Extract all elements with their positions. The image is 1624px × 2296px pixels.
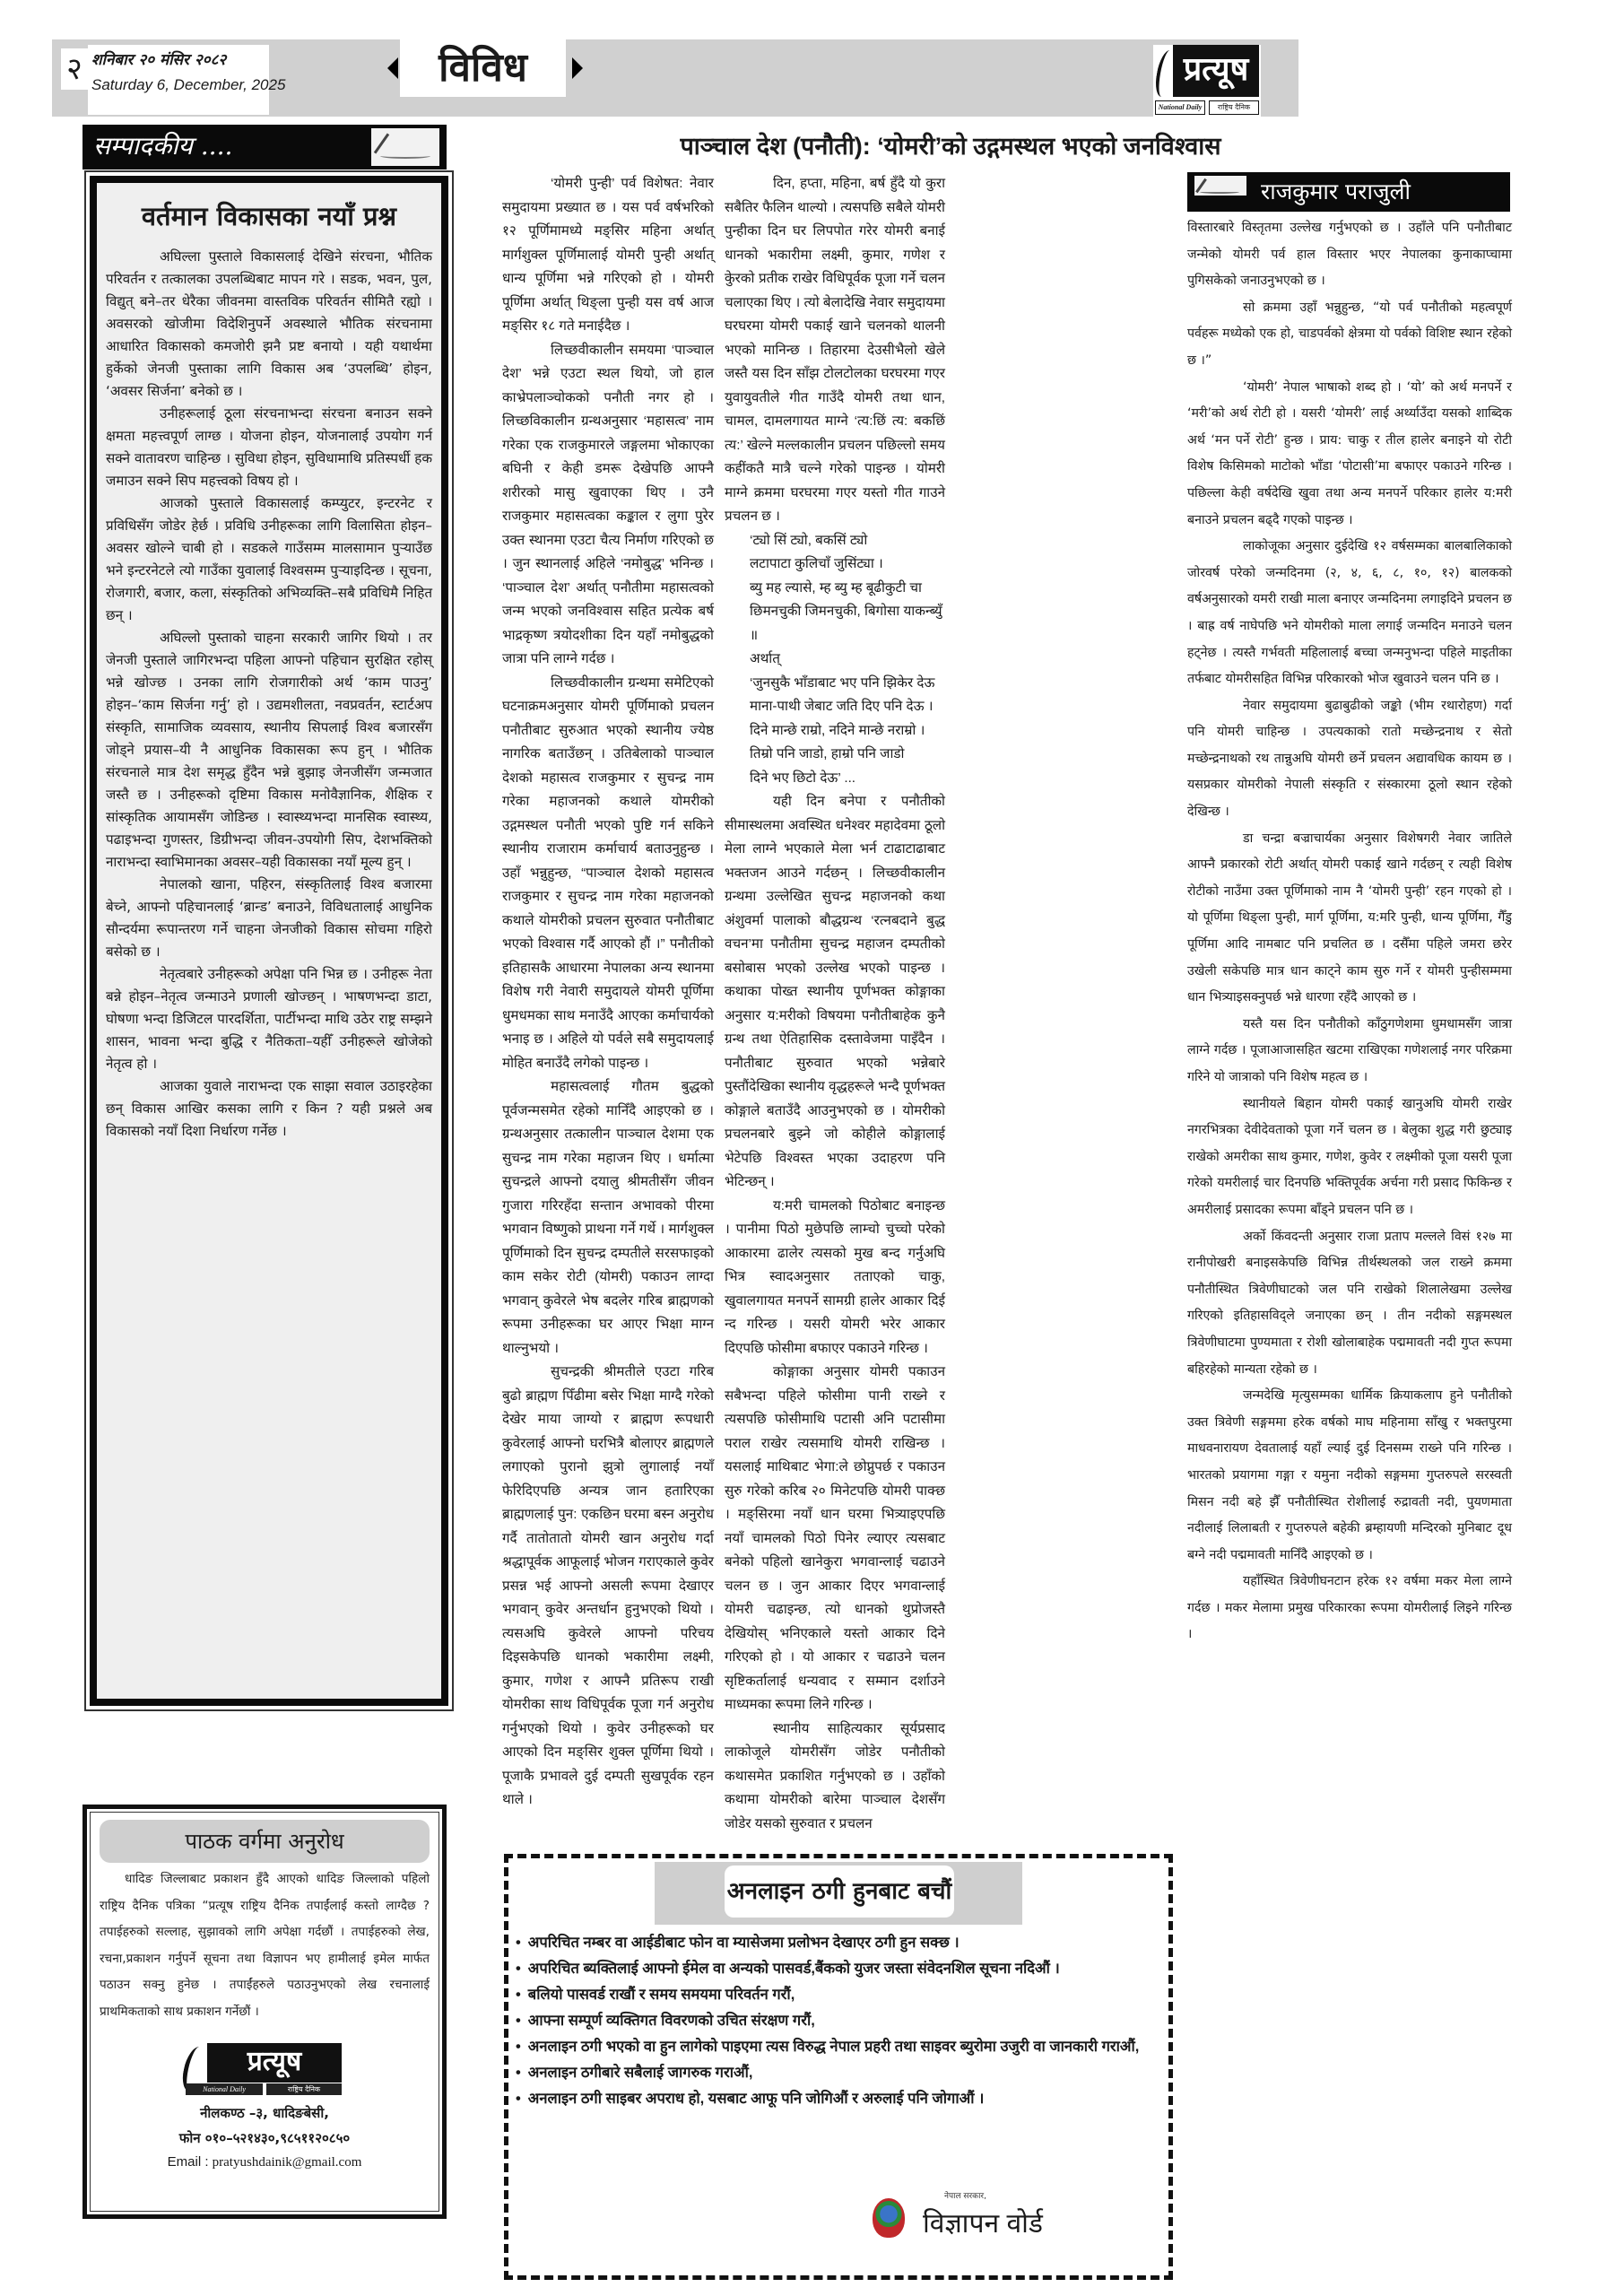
editorial-paragraph: अघिल्ला पुस्ताले विकासलाई देखिने संरचना,… [106,246,432,403]
article-paragraph: महासत्वलाई गौतम बुद्धको पूर्वजन्मसमेत रह… [502,1075,714,1361]
article-paragraph: यहाँस्थित त्रिवेणीघनटान हरेक १२ वर्षमा म… [1187,1569,1512,1648]
article-paragraph: लिच्छवीकालीन समयमा ‘पाञ्चाल देश’ भन्ने ए… [502,339,714,672]
article-column-3: विस्तारबारे विस्तृतमा उल्लेख गर्नुभएको छ… [1187,215,1512,1648]
editorial-paragraph: उनीहरूलाई ठूला संरचनाभन्दा संरचना बनाउन … [106,403,432,492]
song-verse-line: ब्यु मह ल्यासे, म्ह ब्यु म्ह बूढीकुटी चा [725,577,945,601]
bullet-icon: • [516,1935,521,1951]
bullet-icon: • [516,1987,521,2003]
date-nepali: शनिबार २० मंसिर २०८२ [91,50,265,70]
article-paragraph: नेवार समुदायमा बुढाबुढीको जङ्को (भीम रथा… [1187,693,1512,826]
article-paragraph: अर्को किंवदन्ती अनुसार राजा प्रताप मल्लल… [1187,1224,1512,1384]
pen-icon [1194,176,1246,196]
song-verse-line: छिमनचुकी जिमनचुकी, बिगोसा याकन्ब्युँ ॥ [725,600,945,648]
editorial-title: वर्तमान विकासका नयाँ प्रश्न [106,196,432,237]
editorial-paragraph: अघिल्लो पुस्ताको चाहना सरकारी जागिर थियो… [106,627,432,874]
editorial-label: सम्पादकीय .... [93,128,232,164]
brand-wordmark: प्रत्यूष [1173,45,1259,97]
article-paragraph: ‘योमरी पुन्ही’ पर्व विशेषत: नेवार समुदाय… [502,172,714,339]
song-verse-line: दिने मान्छे राम्रो, नदिने मान्छे नराम्रो… [725,719,945,744]
editorial-paragraph: आजको पुस्ताले विकासलाई कम्प्युटर, इन्टरन… [106,492,432,627]
reader-request-title: पाठक वर्गमा अनुरोध [100,1820,430,1863]
section-title: विविध [400,39,566,97]
editorial-header: सम्पादकीय .... [83,125,447,170]
brand-tagline-np: राष्ट्रिय दैनिक [1209,100,1259,115]
bullet-icon: • [516,2091,521,2107]
brand-tagline-np: राष्ट्रिय दैनिक [266,2083,342,2095]
office-address: नीलकण्ठ –३, धादिङबेसी, [100,2100,430,2126]
article-paragraph: स्थानीय साहित्यकार सूर्यप्रसाद लाकोजूले … [725,1718,945,1837]
bullet-icon: • [516,1961,521,1977]
page-number: २ [61,48,88,90]
list-item: •अनलाइन ठगी साइबर अपराध हो, यसबाट आफू पन… [516,2086,1161,2112]
editorial-paragraph: नेपालको खाना, पहिरन, संस्कृतिलाई विश्व ब… [106,874,432,963]
article-paragraph: सो क्रममा उहाँ भन्नुहुन्छ, “यो पर्व पनौत… [1187,295,1512,375]
triangle-left-icon [387,57,398,79]
ad-tips-list: •अपरिचित नम्बर वा आईडीबाट फोन वा म्यासेज… [516,1930,1161,2112]
office-phone: फोन ०१०–५२१४३०,९८५११२०८५० [100,2126,430,2151]
reader-request-body: धादिङ जिल्लाबाट प्रकाशन हुँदै आएको धादिङ… [100,1866,430,2025]
article-paragraph: कोङ्गाका अनुसार योमरी पकाउन सबैभन्दा पहि… [725,1361,945,1718]
list-item: •बलियो पासवर्ड राखौं र समय समयमा परिवर्त… [516,1982,1161,2008]
article-paragraph: यही दिन बनेपा र पनौतीको सीमास्थलमा अवस्थ… [725,790,945,1195]
article-headline: पाञ्चाल देश (पनौती): ‘योमरी’को उद्गमस्थल… [502,126,1399,167]
brand-tagline-en: National Daily [186,2083,263,2095]
editorial-paragraph: आजका युवाले नाराभन्दा एक साझा सवाल उठाइर… [106,1075,432,1143]
song-verse-line: ‘जुनसुकै भाँडाबाट भए पनि झिकेर देऊ [725,672,945,696]
brand-logo: प्रत्यूष National Daily राष्ट्रिय दैनिक [1153,45,1261,117]
editorial-paragraph: नेतृत्वबारे उनीहरूको अपेक्षा पनि भिन्न छ… [106,963,432,1075]
editorial-box: वर्तमान विकासका नयाँ प्रश्न अघिल्ला पुस्… [84,170,454,1711]
ad-sponsor: नेपाल सरकार, विज्ञापन वोर्ड [873,2189,1106,2254]
article-paragraph: यस्तै यस दिन पनौतीको काँठुगणेशमा धुमधामस… [1187,1012,1512,1091]
bullet-icon: • [516,2039,521,2055]
article-paragraph: डा चन्द्रा बज्राचार्यका अनुसार विशेषगरी … [1187,826,1512,1012]
pen-icon [371,128,439,166]
brand-tagline-en: National Daily [1155,100,1205,115]
ad-header: अनलाइन ठगी हुनबाट बचौं [655,1862,1022,1925]
public-notice-ad: अनलाइन ठगी हुनबाट बचौं •अपरिचित नम्बर वा… [504,1854,1173,2280]
page-masthead: २ शनिबार २० मंसिर २०८२ Saturday 6, Decem… [52,39,1298,117]
list-item: •अनलाइन ठगीबारे सबैलाई जागरुक गराऔं, [516,2060,1161,2086]
song-verse-line: दिने भए छिटो देऊ’ ... [725,767,945,791]
reader-request-box: पाठक वर्गमा अनुरोध धादिङ जिल्लाबाट प्रका… [83,1805,447,2219]
article-paragraph: विस्तारबारे विस्तृतमा उल्लेख गर्नुभएको छ… [1187,215,1512,295]
article-paragraph: लाकोजूका अनुसार दुईदेखि १२ वर्षसम्मका बा… [1187,534,1512,693]
sponsor-name: विज्ञापन वोर्ड [923,2204,1043,2240]
list-item: •अनलाइन ठगी भएको वा हुन लागेको पाइएमा त्… [516,2034,1161,2060]
article-column-1: ‘योमरी पुन्ही’ पर्व विशेषत: नेवार समुदाय… [502,172,714,1813]
article-paragraph: य:मरी चामलको पिठोबाट बनाइन्छ । पानीमा पि… [725,1195,945,1361]
article-paragraph: स्थानीयले बिहान योमरी पकाई खानुअघि योमरी… [1187,1091,1512,1224]
issue-date: शनिबार २० मंसिर २०८२ Saturday 6, Decembe… [88,45,269,115]
song-verse-line: अर्थात् [725,648,945,672]
triangle-right-icon [572,57,583,79]
list-item: •अपरिचित ब्यक्तिलाई आफ्नो ईमेल वा अन्यको… [516,1956,1161,1982]
article-column-2: दिन, हप्ता, महिना, बर्ष हुँदै यो कुरा सब… [725,172,945,1836]
email-link[interactable]: pratyushdainik@gmail.com [213,2155,362,2170]
article-paragraph: जन्मदेखि मृत्युसम्मका धार्मिक क्रियाकलाप… [1187,1383,1512,1569]
bullet-icon: • [516,2013,521,2029]
date-english: Saturday 6, December, 2025 [91,75,265,95]
article-paragraph: सुचन्द्रकी श्रीमतीले एउटा गरिब बुढो ब्रा… [502,1361,714,1813]
article-paragraph: ‘योमरी’ नेपाल भाषाको शब्द हो । ‘यो’ को अ… [1187,375,1512,535]
article-paragraph: दिन, हप्ता, महिना, बर्ष हुँदै यो कुरा सब… [725,172,945,529]
brand-wordmark: प्रत्यूष [207,2043,342,2083]
article-paragraph: लिच्छवीकालीन ग्रन्थमा समेटिएको घटनाक्रमअ… [502,672,714,1076]
author-name: राजकुमार पराजुली [1261,172,1411,212]
sponsor-government: नेपाल सरकार, [944,2189,986,2201]
email-label: Email : [168,2154,213,2170]
ad-title: अनलाइन ठगी हुनबाट बचौं [725,1865,954,1918]
list-item: •अपरिचित नम्बर वा आईडीबाट फोन वा म्यासेज… [516,1930,1161,1956]
author-byline: राजकुमार पराजुली [1187,172,1510,212]
song-verse-line: माना-पाथी जेबाट जति दिए पनि देऊ । [725,695,945,719]
office-email: Email : pratyushdainik@gmail.com [100,2151,430,2174]
list-item: •आफ्ना सम्पूर्ण व्यक्तिगत विवरणको उचित स… [516,2008,1161,2034]
bullet-icon: • [516,2065,521,2081]
editorial-body: अघिल्ला पुस्ताले विकासलाई देखिने संरचना,… [106,246,432,1143]
song-verse-line: लटापाटा कुलिचाँ जुसिंट्या । [725,552,945,577]
song-verse-line: तिम्रो पनि जाडो, हाम्रो पनि जाडो [725,743,945,767]
nepal-emblem-icon [873,2198,905,2238]
brand-logo: प्रत्यूष National Daily राष्ट्रिय दैनिक [184,2043,345,2095]
song-verse-line: ‘ट्यो सिं ट्यो, बकसिं ट्यो [725,529,945,553]
